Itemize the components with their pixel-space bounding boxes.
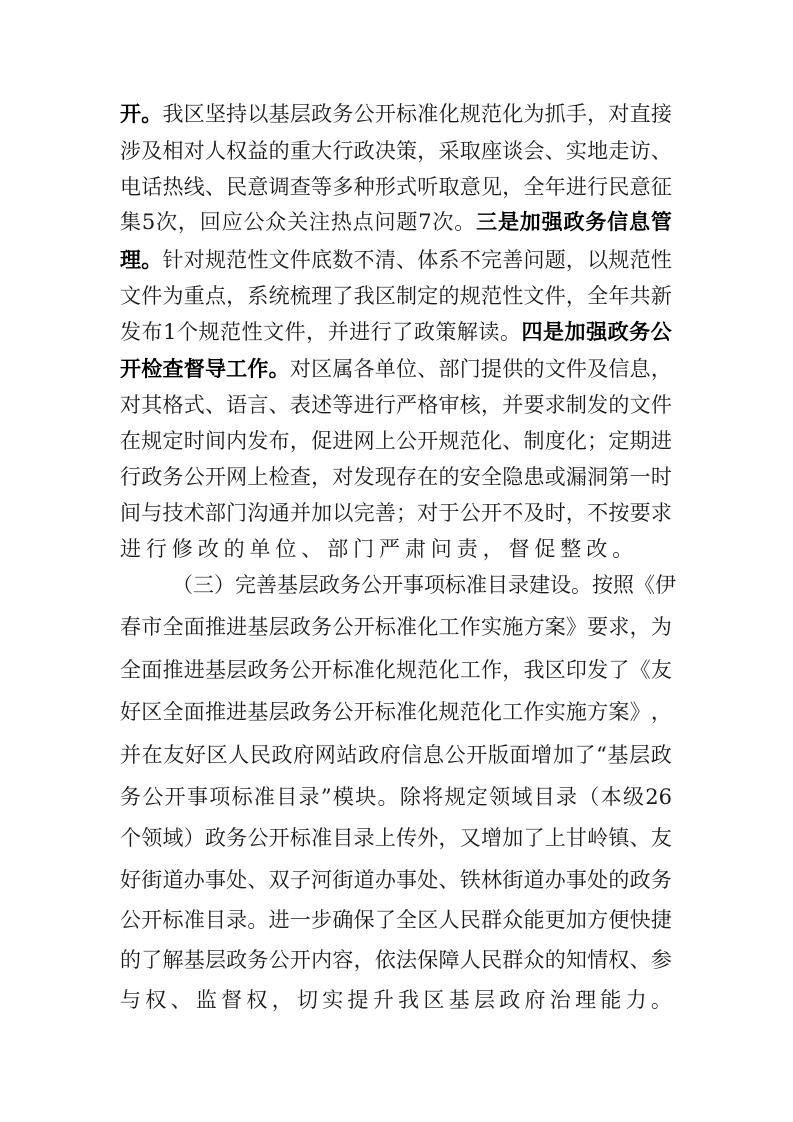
text-char: 性: [242, 317, 263, 347]
text-char: 求: [545, 390, 566, 420]
text-char: 情: [587, 945, 608, 975]
text-char: 工: [502, 697, 523, 727]
text-char: 5: [142, 207, 155, 237]
text-char: 务: [651, 865, 672, 895]
text-char: 进: [566, 172, 587, 202]
text-char: 及: [523, 498, 544, 528]
text-char: 性: [651, 245, 672, 275]
text-char: ，: [311, 462, 332, 492]
text-char: 谈: [502, 136, 523, 166]
text-char: 了: [141, 945, 162, 975]
text-char: 公: [247, 823, 268, 853]
text-char: 标: [396, 99, 417, 129]
bold-lead-char: 强: [542, 207, 563, 237]
text-char: 要: [587, 612, 608, 642]
text-char: 发: [247, 426, 268, 456]
text-char: 、: [396, 245, 417, 275]
text-char: 块: [355, 782, 376, 812]
text-char: 开: [466, 740, 487, 770]
text-char: 表: [290, 390, 311, 420]
text-char: 准: [396, 612, 417, 642]
text-char: 要: [630, 498, 651, 528]
text-char: 方: [587, 905, 608, 935]
text-char: 定: [417, 281, 438, 311]
text-char: 工: [439, 612, 460, 642]
text-line: 发布1个规范性文件，并进行了政策解读。四是加强政务公: [120, 317, 672, 347]
text-char: 制: [396, 281, 417, 311]
text-char: （: [578, 782, 599, 812]
text-char: 办: [375, 865, 396, 895]
text-char: 域: [162, 823, 183, 853]
text-char: 区: [545, 655, 566, 685]
text-char: 时: [651, 462, 672, 492]
text-char: 众: [502, 905, 523, 935]
text-char: 全: [523, 172, 544, 202]
text-line: 开检查督导工作。对区属各单位、部门提供的文件及信息，: [120, 354, 672, 384]
text-char: 镇: [608, 823, 629, 853]
text-char: 区: [417, 905, 438, 935]
text-char: 针: [162, 245, 183, 275]
text-char: 政: [414, 317, 435, 347]
text-char: 道: [354, 865, 375, 895]
text-char: 务: [162, 462, 183, 492]
text-char: 务: [226, 823, 247, 853]
text-char: 方: [523, 612, 544, 642]
text-char: 开: [375, 99, 396, 129]
text-char: 层: [269, 612, 290, 642]
text-char: 、: [630, 823, 651, 853]
text-char: 不: [354, 245, 375, 275]
text-line: 公开标准目录。进一步确保了全区人民群众能更加方便快捷: [120, 905, 672, 935]
text-char: 文: [263, 317, 284, 347]
text-char: 民: [608, 172, 629, 202]
text-char: 、: [651, 136, 672, 166]
text-char: 座: [481, 136, 502, 166]
text-char: 岭: [587, 823, 608, 853]
text-char: 全: [162, 612, 183, 642]
text-char: 各: [354, 354, 375, 384]
text-char: ，: [481, 390, 502, 420]
text-char: 春: [120, 612, 141, 642]
text-char: 全: [162, 697, 183, 727]
text-char: 解: [162, 945, 183, 975]
text-char: 实: [566, 136, 587, 166]
text-char: 务: [120, 782, 141, 812]
text-char: 对: [184, 245, 205, 275]
text-char: 项: [424, 570, 445, 600]
text-char: 、: [630, 945, 651, 975]
text-char: 件: [141, 281, 162, 311]
text-char: 理: [575, 985, 596, 1015]
text-char: 格: [162, 390, 183, 420]
text-char: 。: [571, 570, 592, 600]
text-char: 我: [398, 985, 419, 1015]
text-line: 的了解基层政务公开内容，依法保障人民群众的知情权、参: [120, 945, 672, 975]
text-char: 区: [375, 281, 396, 311]
text-char: 网: [315, 740, 336, 770]
text-char: 开: [382, 570, 403, 600]
text-char: 民: [481, 945, 502, 975]
text-char: 层: [474, 985, 495, 1015]
text-char: 重: [184, 281, 205, 311]
text-char: 传: [396, 823, 417, 853]
text-char: 于: [439, 498, 460, 528]
text-char: 问: [375, 207, 396, 237]
text-char: 录: [354, 823, 375, 853]
text-char: 网: [354, 426, 375, 456]
text-char: 漏: [566, 462, 587, 492]
text-char: 公: [396, 426, 417, 456]
text-char: 形: [375, 172, 396, 202]
text-char: 言: [247, 390, 268, 420]
text-char: 化: [566, 426, 587, 456]
text-char: 善: [375, 498, 396, 528]
text-char: 直: [630, 99, 651, 129]
text-char: 实: [322, 985, 343, 1015]
text-char: 目: [332, 823, 353, 853]
text-char: 务: [332, 99, 353, 129]
text-char: 录: [226, 905, 247, 935]
text-char: 了: [332, 281, 353, 311]
text-char: 点: [205, 281, 226, 311]
text-char: 录: [556, 782, 577, 812]
text-char: 公: [120, 905, 141, 935]
bold-lead-char: 导: [205, 354, 226, 384]
text-line: 集5次，回应公众关注热点问题7次。三是加强政务信息管: [120, 207, 672, 237]
text-char: 政: [290, 697, 311, 727]
text-char: 目: [487, 570, 508, 600]
text-line: 对其格式、语言、表述等进行严格审核，并要求制发的文件: [120, 390, 672, 420]
text-char: 大: [311, 136, 332, 166]
text-char: 年: [608, 281, 629, 311]
text-char: 站: [336, 740, 357, 770]
text-char: 读: [478, 317, 499, 347]
text-char: 、: [205, 172, 226, 202]
text-char: 集: [120, 207, 141, 237]
text-char: 热: [162, 172, 183, 202]
text-char: 进: [269, 905, 290, 935]
text-char: 坚: [205, 99, 226, 129]
text-char: 统: [269, 281, 290, 311]
text-char: 、: [545, 136, 566, 166]
text-char: 规: [439, 697, 460, 727]
text-char: 策: [435, 317, 456, 347]
text-char: 并: [120, 740, 141, 770]
text-char: 录: [299, 782, 320, 812]
text-char: 民: [460, 905, 481, 935]
text-char: 范: [460, 697, 481, 727]
text-char: 域: [511, 782, 532, 812]
text-char: 人: [205, 136, 226, 166]
text-char: 我: [354, 281, 375, 311]
bold-lead-char: 政: [608, 317, 629, 347]
text-char: 意: [247, 172, 268, 202]
text-char: 公: [290, 655, 311, 685]
text-char: 施: [566, 697, 587, 727]
text-char: 案: [608, 697, 629, 727]
bold-lead-char: 政: [563, 207, 584, 237]
text-char: 事: [396, 865, 417, 895]
text-char: 市: [141, 612, 162, 642]
text-char: 级: [623, 782, 644, 812]
text-char: 间: [120, 498, 141, 528]
text-char: 容: [332, 945, 353, 975]
text-char: 规: [396, 655, 417, 685]
text-char: 版: [488, 740, 509, 770]
text-char: 保: [417, 945, 438, 975]
text-char: 我: [523, 655, 544, 685]
text-char: 。: [454, 207, 475, 237]
text-char: 件: [651, 390, 672, 420]
text-char: 捷: [651, 905, 672, 935]
text-char: 对: [608, 99, 629, 129]
text-char: 以: [587, 245, 608, 275]
text-char: 通: [269, 498, 290, 528]
text-line: 涉及相对人权益的重大行政决策，采取座谈会、实地走访、: [120, 136, 672, 166]
text-char: 权: [226, 136, 247, 166]
text-char: 会: [523, 136, 544, 166]
text-char: 清: [375, 245, 396, 275]
text-char: 公: [184, 462, 205, 492]
text-char: 政: [319, 570, 340, 600]
text-char: 准: [354, 655, 375, 685]
text-char: 文: [269, 245, 290, 275]
text-char: 府: [380, 740, 401, 770]
text-char: 对: [120, 390, 141, 420]
text-char: 话: [141, 172, 162, 202]
section-heading-line: （三）完善基层政务公开事项标准目录建设。按照《伊: [172, 570, 672, 600]
text-char: 标: [162, 905, 183, 935]
text-char: 间: [205, 426, 226, 456]
text-line: 开。我区坚持以基层政务公开标准化规范化为抓手，对直接: [120, 99, 672, 129]
text-char: 》: [630, 697, 651, 727]
text-char: 工: [460, 655, 481, 685]
text-char: 准: [466, 570, 487, 600]
text-char: 知: [566, 945, 587, 975]
text-char: 完: [354, 498, 375, 528]
text-char: 作: [460, 612, 481, 642]
text-char: 及: [141, 136, 162, 166]
text-char: 伊: [655, 570, 676, 600]
text-char: 区: [184, 99, 205, 129]
text-char: 策: [396, 136, 417, 166]
text-char: 。: [651, 985, 672, 1015]
text-char: 务: [340, 570, 361, 600]
text-char: 其: [141, 390, 162, 420]
text-char: 求: [651, 498, 672, 528]
text-char: ；: [587, 426, 608, 456]
text-char: 格: [417, 390, 438, 420]
text-char: 推: [162, 655, 183, 685]
bold-lead-char: 开: [120, 354, 141, 384]
bold-lead-char: 加: [565, 317, 586, 347]
text-char: 善: [256, 570, 277, 600]
text-char: 全: [120, 655, 141, 685]
text-char: 参: [651, 945, 672, 975]
text-char: 处: [417, 865, 438, 895]
text-char: 政: [226, 945, 247, 975]
bold-lead-char: 四: [521, 317, 542, 347]
text-char: 底: [311, 245, 332, 275]
text-char: 步: [311, 905, 332, 935]
text-char: ，: [178, 207, 199, 237]
text-char: 面: [510, 740, 531, 770]
text-char: 全: [587, 281, 608, 311]
text-char: 政: [630, 865, 651, 895]
text-char: 范: [481, 281, 502, 311]
text-char: 除: [400, 782, 421, 812]
text-char: 规: [141, 426, 162, 456]
text-char: 众: [265, 207, 286, 237]
bold-lead-char: 公: [651, 317, 672, 347]
text-char: 并: [502, 390, 523, 420]
bold-lead-char: 开: [120, 99, 141, 129]
text-char: 范: [417, 655, 438, 685]
text-char: 语: [226, 390, 247, 420]
text-char: 准: [311, 823, 332, 853]
text-char: 供: [502, 354, 523, 384]
text-char: 按: [608, 498, 629, 528]
text-char: 开: [481, 498, 502, 528]
text-char: 事: [566, 865, 587, 895]
text-char: ，: [290, 426, 311, 456]
text-char: 推: [205, 697, 226, 727]
text-char: 规: [460, 99, 481, 129]
text-char: 处: [587, 865, 608, 895]
text-char: ）: [214, 570, 235, 600]
text-char: 政: [205, 823, 226, 853]
text-char: 线: [184, 172, 205, 202]
text-char: 好: [185, 740, 206, 770]
text-char: 个: [177, 317, 198, 347]
text-char: 26: [645, 782, 672, 812]
text-char: 《: [630, 655, 651, 685]
text-char: 增: [481, 823, 502, 853]
text-char: 听: [417, 172, 438, 202]
text-char: 友: [163, 740, 184, 770]
text-char: 权: [145, 985, 166, 1015]
text-char: 部: [205, 498, 226, 528]
text-char: 政: [247, 655, 268, 685]
text-char: 全: [396, 905, 417, 935]
text-char: 核: [460, 390, 481, 420]
text-char: 并: [290, 498, 311, 528]
text-char: 录: [508, 570, 529, 600]
text-char: 决: [375, 136, 396, 166]
text-char: 林: [481, 865, 502, 895]
text-char: 标: [332, 655, 353, 685]
text-char: 以: [332, 498, 353, 528]
text-char: 升: [373, 985, 394, 1015]
text-char: 年: [545, 172, 566, 202]
text-char: 目: [534, 782, 555, 812]
text-char: 层: [298, 570, 319, 600]
text-char: 在: [120, 426, 141, 456]
text-char: 进: [354, 390, 375, 420]
text-char: 部: [439, 354, 460, 384]
text-char: 完: [481, 245, 502, 275]
text-char: 等: [311, 172, 332, 202]
text-char: 化: [439, 655, 460, 685]
text-char: 并: [328, 317, 349, 347]
text-char: 与: [120, 985, 141, 1015]
text-char: 或: [545, 462, 566, 492]
text-char: 善: [502, 245, 523, 275]
text-char: 梳: [290, 281, 311, 311]
text-char: 人: [460, 945, 481, 975]
text-char: 系: [439, 245, 460, 275]
text-char: 将: [422, 782, 443, 812]
text-char: ，: [566, 281, 587, 311]
text-char: 印: [566, 655, 587, 685]
text-char: 事: [205, 865, 226, 895]
text-char: 在: [417, 462, 438, 492]
text-char: 照: [613, 570, 634, 600]
text-char: 》: [566, 612, 587, 642]
text-char: 规: [199, 317, 220, 347]
text-char: 层: [629, 740, 650, 770]
text-char: 我: [162, 99, 183, 129]
text-char: 范: [460, 426, 481, 456]
text-char: ，: [630, 612, 651, 642]
text-char: 网: [226, 462, 247, 492]
text-char: 与: [141, 498, 162, 528]
text-char: 区: [141, 697, 162, 727]
text-char: 区: [311, 354, 332, 384]
text-char: 面: [184, 697, 205, 727]
text-char: 在: [142, 740, 163, 770]
text-char: 意: [460, 172, 481, 202]
text-char: 人: [439, 905, 460, 935]
text-char: 术: [184, 498, 205, 528]
text-char: 的: [545, 945, 566, 975]
text-char: 政: [141, 462, 162, 492]
text-line: 间与技术部门沟通并加以完善；对于公开不及时，不按要求: [120, 498, 672, 528]
text-char: 行: [120, 462, 141, 492]
text-char: 进: [226, 697, 247, 727]
text-char: 确: [332, 905, 353, 935]
text-char: 务: [311, 697, 332, 727]
text-char: 发: [587, 655, 608, 685]
text-char: 以: [247, 99, 268, 129]
text-char: 府: [293, 740, 314, 770]
text-char: 好: [120, 697, 141, 727]
text-char: 件: [285, 317, 306, 347]
text-char: ，: [306, 317, 327, 347]
bold-lead-char: 督: [184, 354, 205, 384]
text-char: 性: [502, 281, 523, 311]
text-char: 。: [378, 782, 399, 812]
text-char: 便: [608, 905, 629, 935]
text-char: 了: [574, 740, 595, 770]
text-char: 进: [332, 426, 353, 456]
bold-lead-char: 务: [585, 207, 606, 237]
text-char: 一: [290, 905, 311, 935]
text-char: 严: [396, 390, 417, 420]
text-char: 一: [630, 462, 651, 492]
text-char: 障: [439, 945, 460, 975]
text-char: 检: [269, 462, 290, 492]
text-char: 上: [247, 462, 268, 492]
text-char: 政: [651, 740, 672, 770]
text-char: 。: [500, 317, 521, 347]
text-char: 务: [269, 655, 290, 685]
text-char: 开: [354, 612, 375, 642]
text-char: 加: [311, 498, 332, 528]
text-char: 区: [207, 740, 228, 770]
text-char: 取: [460, 136, 481, 166]
text-char: 理: [311, 281, 332, 311]
